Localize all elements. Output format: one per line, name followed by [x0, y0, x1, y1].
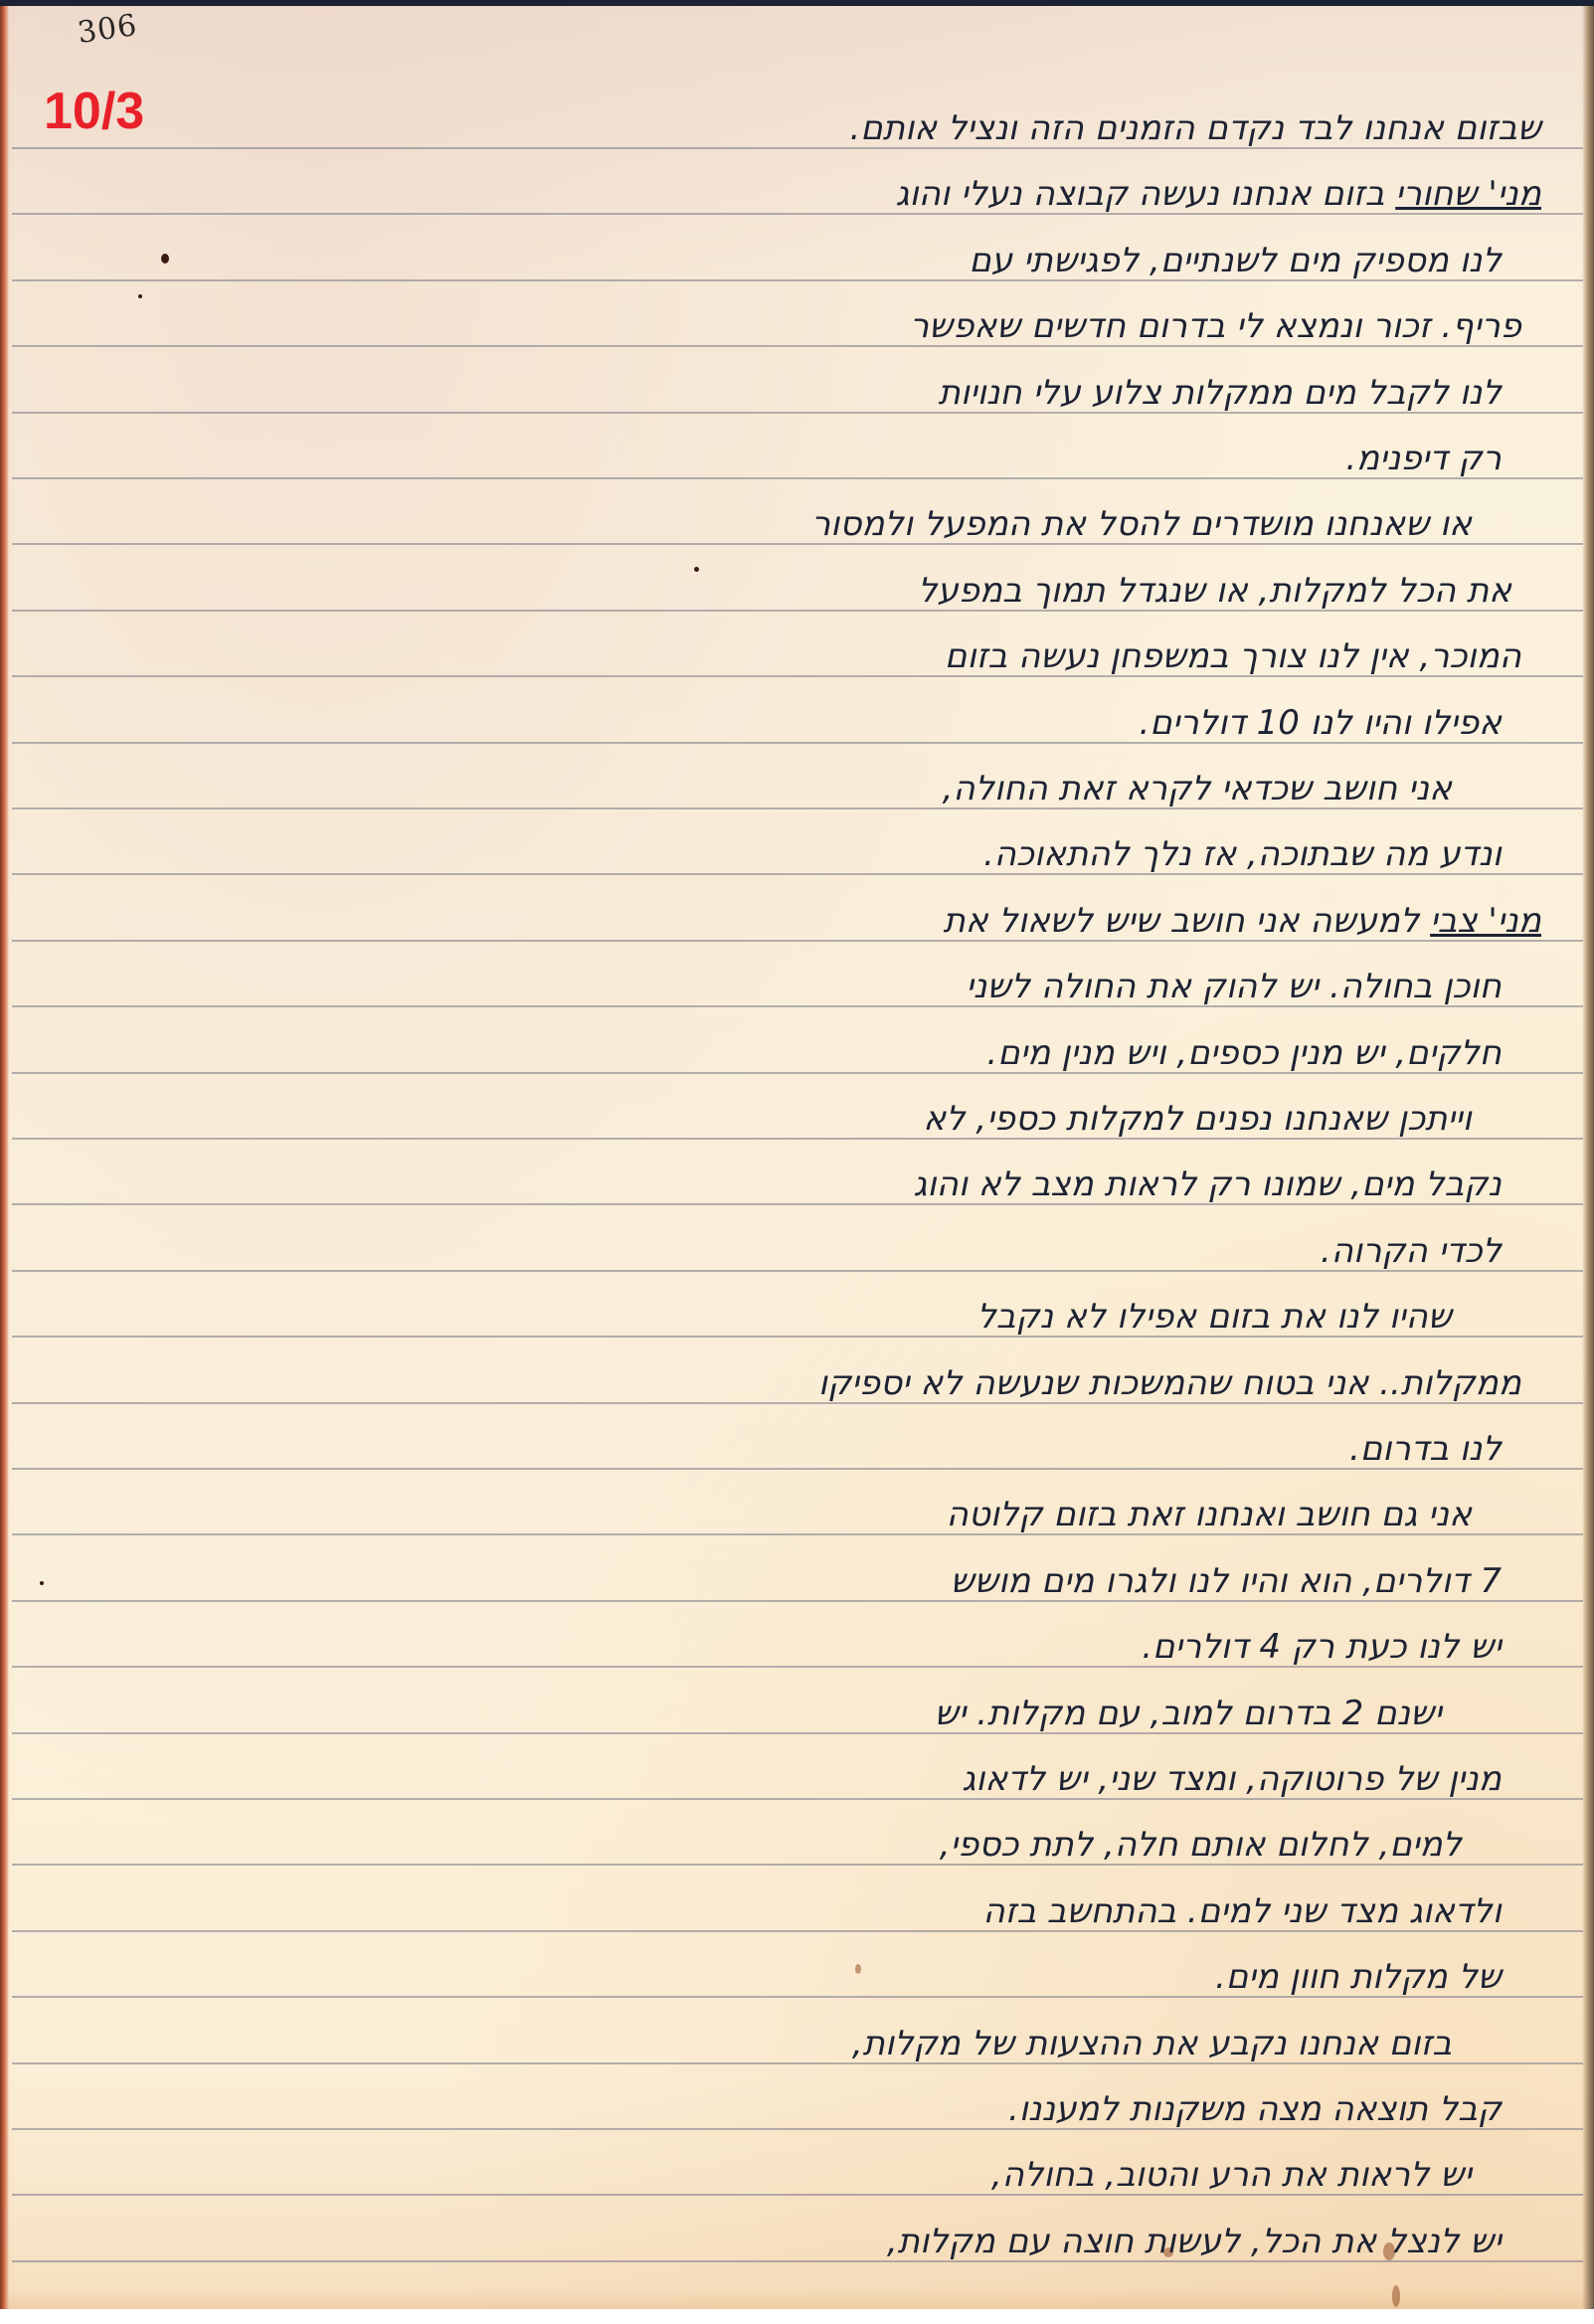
underlined-speaker-label: מני' צבי: [1430, 901, 1541, 941]
handwritten-line: לכדי הקרוה.: [776, 1234, 1541, 1268]
handwritten-line: של מקלות חוון מים.: [776, 1960, 1541, 1994]
handwritten-text-column: שבזום אנחנו לבד נקדם הזמנים הזה ונציל או…: [776, 0, 1541, 2324]
line-text: ממקלות.. אני בטוח שהמשכות שנעשה לא יספיק…: [818, 1363, 1521, 1403]
handwritten-line: שבזום אנחנו לבד נקדם הזמנים הזה ונציל או…: [776, 111, 1541, 145]
line-text: חוכן בחולה. יש להוק את החולה לשני: [966, 967, 1502, 1006]
ink-dot: [694, 567, 699, 572]
line-text: לכדי הקרוה.: [1321, 1231, 1502, 1271]
handwritten-line: פריף. זכור ונמצא לי בדרום חדשים שאפשר: [776, 309, 1541, 343]
line-text: 7 דולרים, הוא והיו לנו ולגרו מים מושש: [951, 1561, 1502, 1601]
line-text: ולדאוג מצד שני למים. בהתחשב בזה: [982, 1891, 1502, 1931]
line-text: או שאנחנו מושדרים להסל את המפעל ולמסור: [811, 504, 1472, 544]
handwritten-line: שהיו לנו את בזום אפילו לא נקבל: [776, 1300, 1541, 1334]
handwritten-line: ונדע מה שבתוכה, אז נלך להתאוכה.: [776, 837, 1541, 871]
ink-dot: [138, 294, 142, 298]
date-label: 10/3: [44, 86, 144, 137]
handwritten-line: מנין של פרוטוקה, ומצד שני, יש לדאוג: [776, 1762, 1541, 1796]
handwritten-line: אני גם חושב ואנחנו זאת בזום קלוטה: [776, 1498, 1541, 1531]
handwritten-line: למים, לחלום אותם חלה, לתת כספי,: [776, 1828, 1541, 1862]
line-text: למעשה אני חושב שיש לשאול את: [943, 901, 1430, 941]
line-text: בזום אנחנו נקבע את ההצעות של מקלות,: [852, 2024, 1452, 2063]
line-text: שהיו לנו את בזום אפילו לא נקבל: [977, 1297, 1452, 1337]
handwritten-line: נקבל מים, שמונו רק לראות מצב לא והוג: [776, 1167, 1541, 1201]
line-text: נקבל מים, שמונו רק לראות מצב לא והוג: [913, 1164, 1502, 1204]
line-text: לנו בדרום.: [1349, 1429, 1502, 1469]
line-text: אני גם חושב ואנחנו זאת בזום קלוטה: [947, 1495, 1472, 1534]
handwritten-line: מני' שחורי בזום אנחנו נעשה קבוצה נעלי וה…: [776, 177, 1541, 211]
line-text: את הכל למקלות, או שנגדל תמוך במפעל: [918, 571, 1511, 611]
ink-dot: [161, 254, 169, 264]
line-text: וייתכן שאנחנו נפנים למקלות כספי, לא: [924, 1099, 1472, 1139]
handwritten-line: יש לנצל את הכל, לעשות חוצה עם מקלות,: [776, 2225, 1541, 2258]
line-text: יש לראות את הרע והטוב, בחולה,: [991, 2155, 1472, 2195]
line-text: ונדע מה שבתוכה, אז נלך להתאוכה.: [983, 834, 1502, 874]
handwritten-line: לנו מספיק מים לשנתיים, לפגישתי עם: [776, 244, 1541, 277]
page-right-edge-shadow: [1582, 6, 1594, 2309]
handwritten-line: את הכל למקלות, או שנגדל תמוך במפעל: [776, 574, 1541, 608]
line-text: אפילו והיו לנו 10 דולרים.: [1139, 703, 1502, 743]
line-text: פריף. זכור ונמצא לי בדרום חדשים שאפשר: [910, 306, 1521, 346]
handwritten-line: 7 דולרים, הוא והיו לנו ולגרו מים מושש: [776, 1564, 1541, 1598]
line-text: לנו מספיק מים לשנתיים, לפגישתי עם: [969, 241, 1502, 280]
line-text: אני חושב שכדאי לקרא זאת החולה,: [943, 769, 1452, 808]
handwritten-line: לנו בדרום.: [776, 1432, 1541, 1466]
handwritten-line: מני' צבי למעשה אני חושב שיש לשאול את: [776, 904, 1541, 938]
line-text: המוכר, אין לנו צורך במשפחן נעשה בזום: [945, 636, 1521, 676]
underlined-speaker-label: מני' שחורי: [1395, 174, 1541, 214]
page-left-edge: [0, 6, 9, 2309]
handwritten-line: אני חושב שכדאי לקרא זאת החולה,: [776, 772, 1541, 805]
handwritten-line: לנו לקבל מים ממקלות צלוע עלי חנויות: [776, 376, 1541, 410]
handwritten-line: רק דיפנימ.: [776, 442, 1541, 475]
handwritten-line: יש לנו כעת רק 4 דולרים.: [776, 1630, 1541, 1664]
handwritten-line: המוכר, אין לנו צורך במשפחן נעשה בזום: [776, 639, 1541, 673]
line-text: יש לנו כעת רק 4 דולרים.: [1142, 1627, 1502, 1667]
line-text: יש לנצל את הכל, לעשות חוצה עם מקלות,: [887, 2222, 1502, 2261]
handwritten-line: חוכן בחולה. יש להוק את החולה לשני: [776, 970, 1541, 1003]
handwritten-line: יש לראות את הרע והטוב, בחולה,: [776, 2158, 1541, 2192]
line-text: ישנם 2 בדרום למוב, עם מקלות. יש: [935, 1694, 1442, 1733]
handwritten-line: אפילו והיו לנו 10 דולרים.: [776, 706, 1541, 740]
line-text: חלקים, יש מנין כספים, ויש מנין מים.: [986, 1033, 1502, 1073]
line-text: קבל תוצאה מצה משקנות למעננו.: [1008, 2089, 1502, 2129]
handwritten-line: או שאנחנו מושדרים להסל את המפעל ולמסור: [776, 507, 1541, 541]
line-text: שבזום אנחנו לבד נקדם הזמנים הזה ונציל או…: [849, 108, 1541, 148]
handwritten-line: בזום אנחנו נקבע את ההצעות של מקלות,: [776, 2027, 1541, 2060]
ink-dot: [40, 1581, 44, 1585]
handwritten-line: חלקים, יש מנין כספים, ויש מנין מים.: [776, 1036, 1541, 1070]
handwritten-line: קבל תוצאה מצה משקנות למעננו.: [776, 2092, 1541, 2126]
handwritten-line: ישנם 2 בדרום למוב, עם מקלות. יש: [776, 1697, 1541, 1730]
handwritten-line: ממקלות.. אני בטוח שהמשכות שנעשה לא יספיק…: [776, 1366, 1541, 1400]
line-text: לנו לקבל מים ממקלות צלוע עלי חנויות: [938, 373, 1502, 413]
handwritten-line: וייתכן שאנחנו נפנים למקלות כספי, לא: [776, 1102, 1541, 1136]
line-text: בזום אנחנו נעשה קבוצה נעלי והוג: [895, 174, 1395, 214]
line-text: מנין של פרוטוקה, ומצד שני, יש לדאוג: [962, 1759, 1502, 1799]
line-text: למים, לחלום אותם חלה, לתת כספי,: [940, 1825, 1462, 1865]
handwritten-line: ולדאוג מצד שני למים. בהתחשב בזה: [776, 1894, 1541, 1928]
line-text: של מקלות חוון מים.: [1215, 1957, 1502, 1997]
line-text: רק דיפנימ.: [1345, 439, 1502, 478]
